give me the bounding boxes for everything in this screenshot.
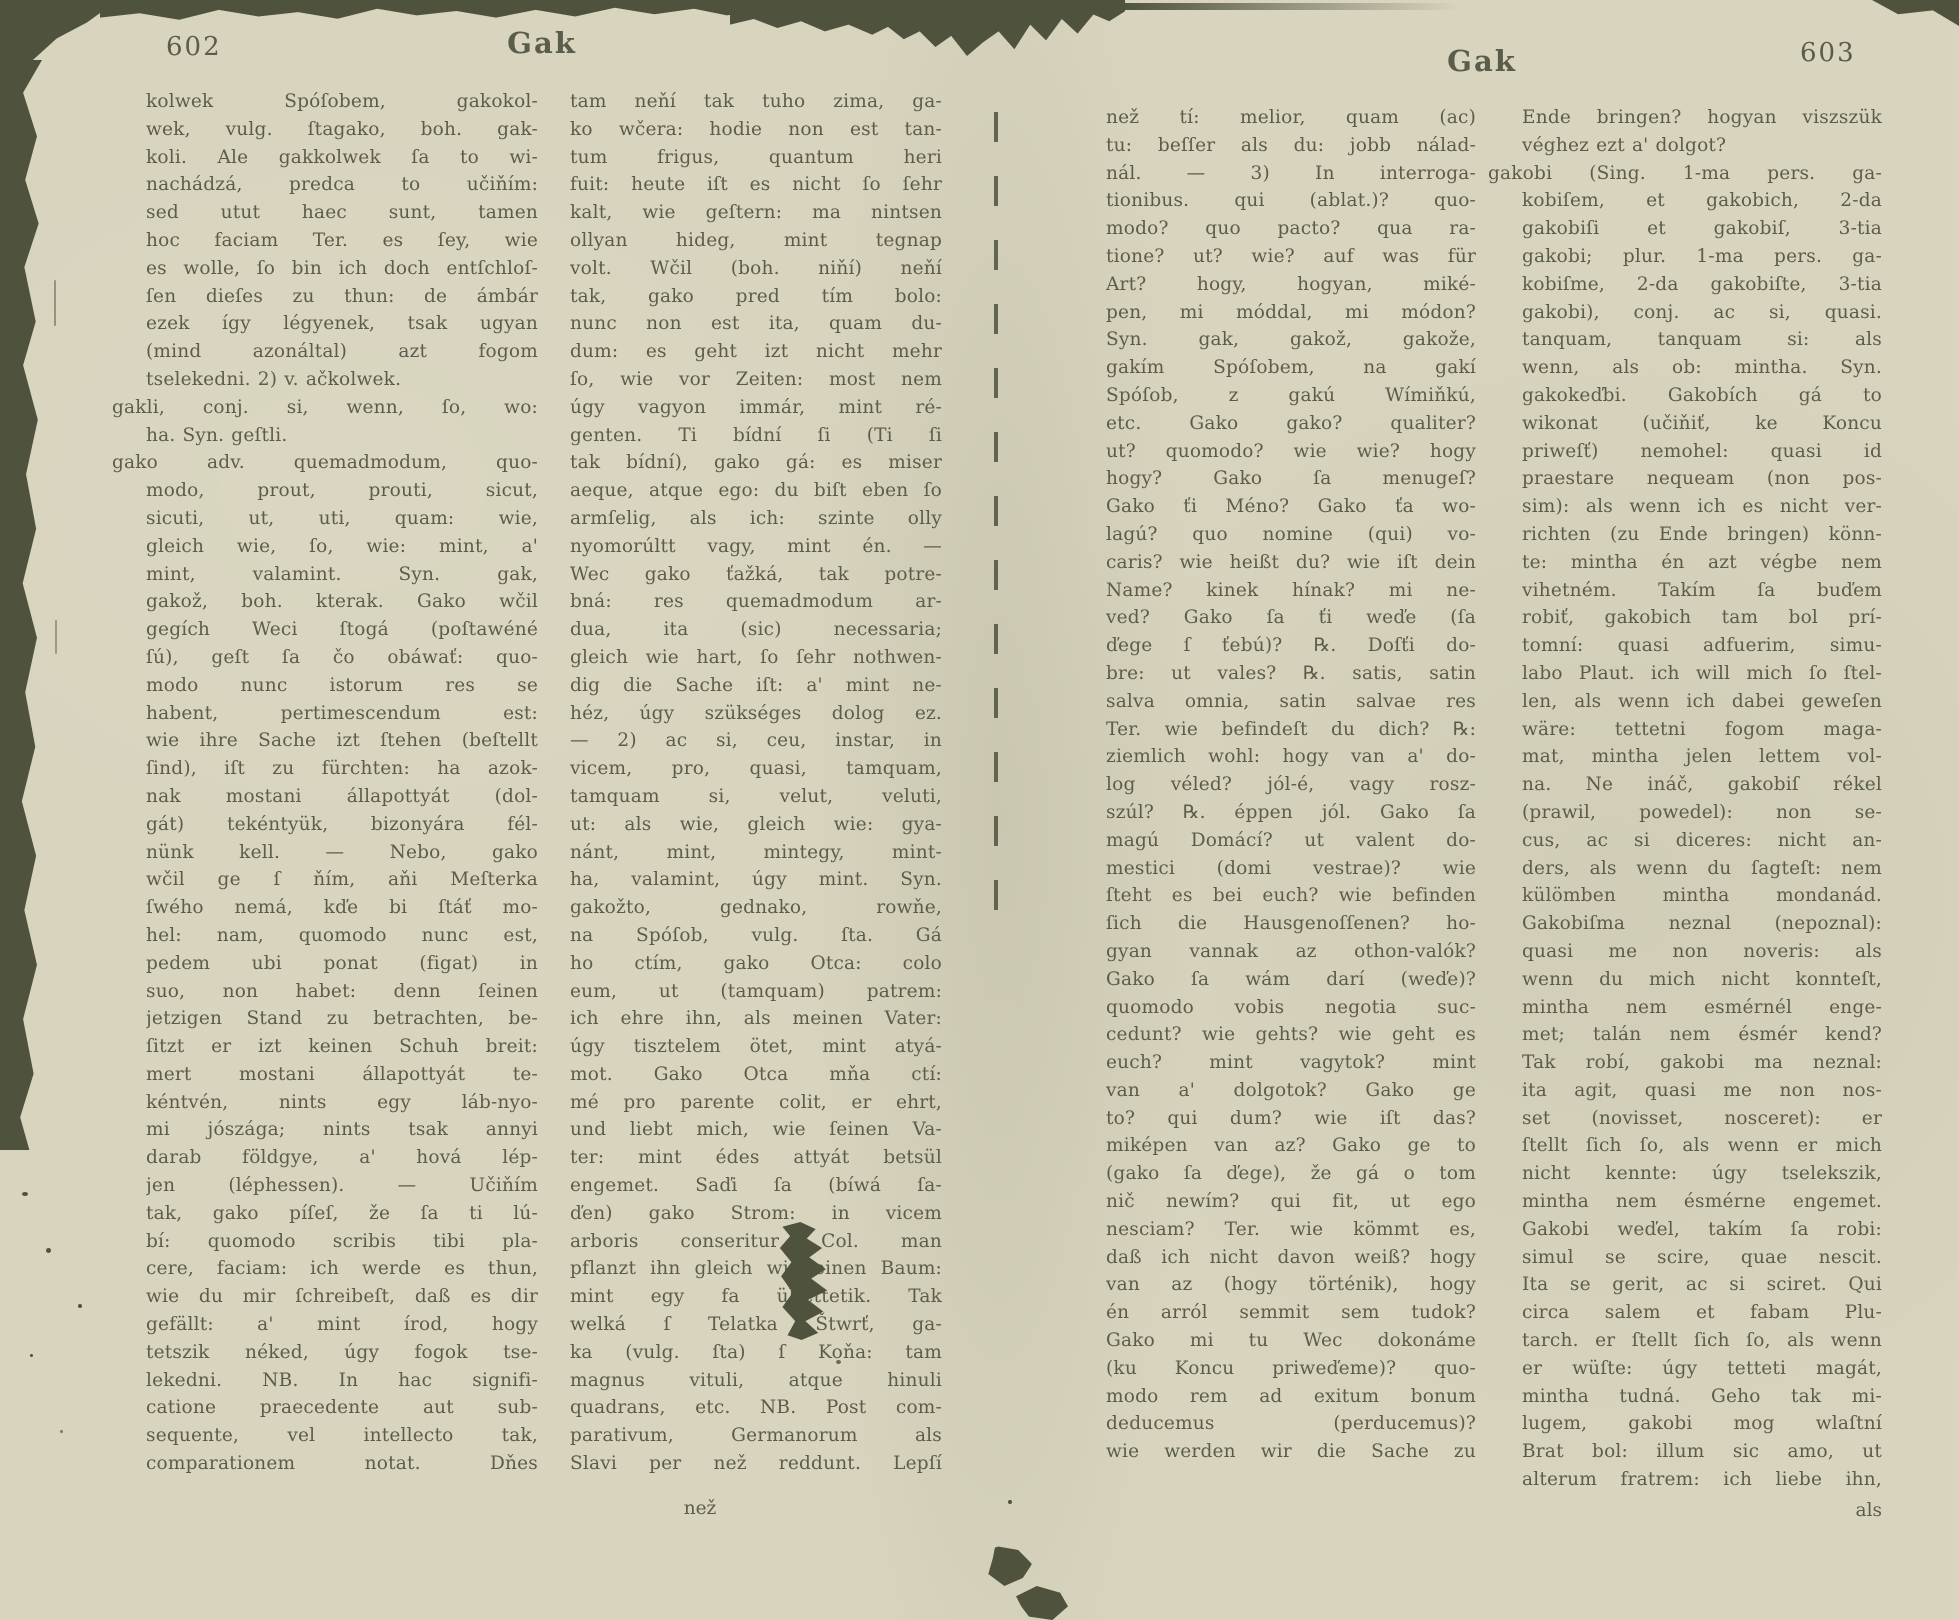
text-line: nak mostani állapottyát (dol- [146,783,538,811]
dictionary-scan-spread: { "colors": { "page_background": "#d8d4b… [0,0,1959,1620]
text-line: gako adv. quemadmodum, quo- [112,449,538,477]
text-line: modo rem ad exitum bonum [1106,1383,1476,1411]
text-line: jetzigen Stand zu betrachten, be- [146,1005,538,1033]
text-line: tanquam, tanquam si: als [1522,326,1882,354]
ink-speck [30,1354,33,1357]
text-line: Ende bringen? hogyan viszszük [1522,104,1882,132]
text-line: kéntvén, nints egy láb-nyo- [146,1089,538,1117]
text-line: robiť, gakobich tam bol prí- [1522,604,1882,632]
text-line: tu: beſſer als du: jobb nálad- [1106,132,1476,160]
text-line: to? qui dum? wie iſt das? [1106,1105,1476,1133]
text-line: cedunt? wie gehts? wie geht es [1106,1021,1476,1049]
text-line: tione? ut? wie? auf was für [1106,243,1476,271]
text-line: pen, mi móddal, mi módon? [1106,299,1476,327]
text-line: Gakobiſma neznal (nepoznal): [1522,910,1882,938]
text-line: nál. — 3) In interroga- [1106,160,1476,188]
text-line: aeque, atque ego: du biſt eben ſo [570,477,942,505]
text-line: Wec gako ťažká, tak potre- [570,561,942,589]
text-line: parativum, Germanorum als [570,1422,942,1450]
text-line: ved? Gako ſa ťi weďe (ſa [1106,604,1476,632]
text-line: ich ehre ihn, als meinen Vater: [570,1005,942,1033]
text-line: pflanzt ihn gleich wie einen Baum: [570,1255,942,1283]
text-line: külömben mintha mondanád. [1522,882,1882,910]
scan-left-edge-artifact [0,60,42,1150]
text-line: quadrans, etc. NB. Post com- [570,1394,942,1422]
text-line: kobiſem, et gakobich, 2-da [1522,187,1882,215]
text-line: mot. Gako Otca mňa ctí: [570,1061,942,1089]
text-line: magnus vituli, atque hinuli [570,1367,942,1395]
text-line: modo? quo pacto? qua ra- [1106,215,1476,243]
scan-top-edge-artifact [100,0,760,22]
ink-speck [78,1304,82,1308]
text-line: ita agit, quasi me non nos- [1522,1077,1882,1105]
text-line: (mind azonáltal) azt fogom [146,338,538,366]
text-line: comparationem notat. Dňes [146,1450,538,1478]
text-line: ka (vulg. ſta) ſ Koňa: tam [570,1339,942,1367]
text-line: Ter. wie befindeſt du dich? ℞: [1106,716,1476,744]
text-line: Slavi per než reddunt. Lepſí [570,1450,942,1478]
text-line: gleich wie, ſo, wie: mint, a' [146,533,538,561]
text-line: dua, ita (sic) necessaria; [570,616,942,644]
text-line: lugem, gakobi mog wlaſtní [1522,1410,1882,1438]
text-line: gakobi; plur. 1-ma pers. ga- [1522,243,1882,271]
text-line: cere, faciam: ich werde es thun, [146,1255,538,1283]
text-line: kobiſme, 2-da gakobiſte, 3-tia [1522,271,1882,299]
text-line: tak, gako píſeſ, že ſa ti lú- [146,1200,538,1228]
text-line: magú Domácí? ut valent do- [1106,827,1476,855]
text-line: mintha nem esmérnél enge- [1522,994,1882,1022]
text-line: tionibus. qui (ablat.)? quo- [1106,187,1476,215]
text-line: armſelig, als ich: szinte olly [570,505,942,533]
text-line: mint egy fa ültettetik. Tak [570,1283,942,1311]
book-gutter-line [994,112,998,928]
text-line: priweſť) nemohel: quasi id [1522,438,1882,466]
text-line: ſind), iſt zu fürchten: ha azok- [146,755,538,783]
right-column-1: než tí: melior, quam (ac)tu: beſſer als … [1106,104,1476,1466]
text-line: catione praecedente aut sub- [146,1394,538,1422]
right-catchword: als [1762,1500,1882,1521]
text-line: gakobi), conj. ac si, quasi. [1522,299,1882,327]
text-line: nyomorúltt vagy, mint én. — [570,533,942,561]
text-line: vicem, pro, quasi, tamquam, [570,755,942,783]
text-line: gakožto, gednako, rowňe, [570,894,942,922]
text-line: gefällt: a' mint írod, hogy [146,1311,538,1339]
text-line: nicht kennte: úgy tselekszik, [1522,1160,1882,1188]
text-line: nič newím? qui fit, ut ego [1106,1188,1476,1216]
text-line: arboris conseritur Col. man [570,1228,942,1256]
text-line: tomní: quasi adfuerim, simu- [1522,632,1882,660]
text-line: ezek így légyenek, tsak ugyan [146,310,538,338]
text-line: etc. Gako gako? qualiter? [1106,410,1476,438]
text-line: gakokeďbi. Gakobích gá to [1522,382,1882,410]
text-line: jen (léphessen). — Učiňím [146,1172,538,1200]
text-line: mé pro parente colit, er ehrt, [570,1089,942,1117]
text-line: ziemlich wohl: hogy van a' do- [1106,743,1476,771]
scan-bottom-blot-artifact [1016,1586,1068,1620]
text-line: quasi me non noveris: als [1522,938,1882,966]
text-line: wie ihre Sache izt ſtehen (beſtellt [146,727,538,755]
right-column-2: Ende bringen? hogyan viszszükvéghez ezt … [1522,104,1882,1494]
text-line: tak bídní), gako gá: es miser [570,449,942,477]
text-line: kolwek Spóſobem, gakokol- [146,88,538,116]
text-line: volt. Wčil (boh. niňí) neňí [570,255,942,283]
text-line: úgy vagyon immár, mint ré- [570,394,942,422]
text-line: bre: ut vales? ℞. satis, satin [1106,660,1476,688]
text-line: mintha tudná. Geho tak mi- [1522,1383,1882,1411]
left-running-head: Gak [472,26,612,60]
text-line: und liebt mich, wie ſeinen Va- [570,1116,942,1144]
text-line: szúl? ℞. éppen jól. Gako ſa [1106,799,1476,827]
text-line: len, als wenn ich dabei geweſen [1522,688,1882,716]
text-line: Tak robí, gakobi ma neznal: [1522,1049,1882,1077]
text-line: ſich die Hausgenoſſenen? ho- [1106,910,1476,938]
text-line: ha. Syn. geſtli. [146,422,538,450]
right-page-number: 603 [1800,38,1856,68]
text-line: héz, úgy szükséges dolog ez. [570,700,942,728]
text-line: tarch. er ſtellt ſich ſo, als wenn [1522,1327,1882,1355]
text-line: alterum fratrem: ich liebe ihn, [1522,1466,1882,1494]
text-line: wie du mir ſchreibeſt, daß es dir [146,1283,538,1311]
left-page-number: 602 [166,32,222,62]
text-line: sequente, vel intellecto tak, [146,1422,538,1450]
text-line: ſitzt er izt keinen Schuh breit: [146,1033,538,1061]
text-line: engemet. Saďi ſa (bíwá ſa- [570,1172,942,1200]
margin-mark [55,620,57,654]
text-line: dig die Sache iſt: a' mint ne- [570,672,942,700]
text-line: wčil ge ſ ňím, aňi Meſterka [146,866,538,894]
text-line: modo, prout, prouti, sicut, [146,477,538,505]
right-running-head: Gak [1412,44,1552,78]
text-line: log véled? jól-é, vagy rosz- [1106,771,1476,799]
text-line: ďege ſ ťebú)? ℞. Doſťi do- [1106,632,1476,660]
ink-speck [46,1248,51,1253]
text-line: (prawil, powedel): non se- [1522,799,1882,827]
text-line: véghez ezt a' dolgot? [1522,132,1882,160]
text-line: ho ctím, gako Otca: colo [570,950,942,978]
text-line: deducemus (perducemus)? [1106,1410,1476,1438]
text-line: ders, als wenn du ſagteſt: nem [1522,855,1882,883]
text-line: Gakobi weďel, takím ſa robi: [1522,1216,1882,1244]
left-column-1: kolwek Spóſobem, gakokol-wek, vulg. ſtag… [146,88,538,1478]
ink-speck [836,1360,841,1364]
text-line: van az (hogy történik), hogy [1106,1271,1476,1299]
text-line: Spóſob, z gakú Wímiňkú, [1106,382,1476,410]
text-line: ſo, wie vor Zeiten: most nem [570,366,942,394]
text-line: hel: nam, quomodo nunc est, [146,922,538,950]
text-line: fuit: heute iſt es nicht ſo ſehr [570,171,942,199]
text-line: na Spóſob, vulg. ſta. Gá [570,922,942,950]
text-line: hogy? Gako ſa menugeſ? [1106,465,1476,493]
text-line: modo nunc istorum res se [146,672,538,700]
text-line: gakli, conj. si, wenn, ſo, wo: [112,394,538,422]
text-line: gleich wie hart, ſo ſehr nothwen- [570,644,942,672]
text-line: bí: quomodo scribis tibi pla- [146,1228,538,1256]
margin-mark [54,280,56,326]
text-line: tak, gako pred tím bolo: [570,283,942,311]
text-line: wenn du mich nicht konnteſt, [1522,966,1882,994]
scan-bottom-blot-artifact [986,1546,1032,1586]
text-line: sim): als wenn ich es nicht ver- [1522,493,1882,521]
text-line: mert mostani állapottyát te- [146,1061,538,1089]
text-line: Syn. gak, gakož, gakože, [1106,326,1476,354]
text-line: ſú), geſt ſa čo obáwať: quo- [146,644,538,672]
text-line: ut? quomodo? wie wie? hogy [1106,438,1476,466]
text-line: Name? kinek hínak? mi ne- [1106,577,1476,605]
text-line: mat, mintha jelen lettem vol- [1522,743,1882,771]
text-line: hoc faciam Ter. es ſey, wie [146,227,538,255]
text-line: tselekedni. 2) v. ačkolwek. [146,366,538,394]
text-line: te: mintha én azt végbe nem [1522,549,1882,577]
text-line: tam neňí tak tuho zima, ga- [570,88,942,116]
text-line: bná: res quemadmodum ar- [570,588,942,616]
text-line: miképen van az? Gako ge to [1106,1132,1476,1160]
text-line: nesciam? Ter. wie kömmt es, [1106,1216,1476,1244]
text-line: Brat bol: illum sic amo, ut [1522,1438,1882,1466]
text-line: nachádzá, predca to učiňím: [146,171,538,199]
text-line: tum frigus, quantum heri [570,144,942,172]
text-line: lekedni. NB. In hac signifi- [146,1367,538,1395]
text-line: gakobiſi et gakobiſ, 3-tia [1522,215,1882,243]
text-line: úgy tisztelem ötet, mint atyá- [570,1033,942,1061]
text-line: pedem ubi ponat (figat) in [146,950,538,978]
text-line: mestici (domi vestrae)? wie [1106,855,1476,883]
text-line: genten. Ti bídní ſi (Ti ſi [570,422,942,450]
text-line: gegích Weci ſtogá (poſtawéné [146,616,538,644]
text-line: lagú? quo nomine (qui) vo- [1106,521,1476,549]
text-line: wek, vulg. ſtagako, boh. gak- [146,116,538,144]
text-line: labo Plaut. ich will mich ſo ſtel- [1522,660,1882,688]
text-line: ſen dieſes zu thun: de ámbár [146,283,538,311]
ink-speck [60,1430,63,1433]
text-line: ſteht es bei euch? wie befinden [1106,882,1476,910]
left-column-2: tam neňí tak tuho zima, ga-ko wčera: hod… [570,88,942,1478]
text-line: dum: es geht izt nicht mehr [570,338,942,366]
text-line: simul se scire, quae nescit. [1522,1244,1882,1272]
text-line: er wüſte: úgy tetteti magát, [1522,1355,1882,1383]
text-line: mint, valamint. Syn. gak, [146,561,538,589]
text-line: darab földgye, a' hová lép- [146,1144,538,1172]
text-line: ďen) gako Strom: in vicem [570,1200,942,1228]
ink-speck [22,1192,28,1196]
text-line: mintha nem ésmérne engemet. [1522,1188,1882,1216]
text-line: sed utut haec sunt, tamen [146,199,538,227]
text-line: set (novisset, nosceret): er [1522,1105,1882,1133]
text-line: Gako ťi Méno? Gako ťa wo- [1106,493,1476,521]
text-line: tamquam si, velut, veluti, [570,783,942,811]
text-line: (ku Koncu priweďeme)? quo- [1106,1355,1476,1383]
scan-top-right-artifact [1872,0,1959,26]
text-line: nánt, mint, mintegy, mint- [570,839,942,867]
text-line: ha, valamint, úgy mint. Syn. [570,866,942,894]
text-line: koli. Ale gakkolwek ſa to wi- [146,144,538,172]
text-line: na. Ne ináč, gakobiſ rékel [1522,771,1882,799]
text-line: wenn, als ob: mintha. Syn. [1522,354,1882,382]
text-line: gát) tekéntyük, bizonyára fél- [146,811,538,839]
text-line: gakož, boh. kterak. Gako wčil [146,588,538,616]
text-line: circa salem et fabam Plu- [1522,1299,1882,1327]
text-line: caris? wie heißt du? wie iſt dein [1106,549,1476,577]
text-line: Art? hogy, hogyan, miké- [1106,271,1476,299]
text-line: suo, non habet: denn ſeinen [146,978,538,1006]
text-line: gyan vannak az othon-valók? [1106,938,1476,966]
text-line: než tí: melior, quam (ac) [1106,104,1476,132]
text-line: richten (zu Ende bringen) könn- [1522,521,1882,549]
text-line: vihetném. Takím ſa buďem [1522,577,1882,605]
text-line: Gako ſa wám darí (weďe)? [1106,966,1476,994]
text-line: (gako ſa ďege), že gá o tom [1106,1160,1476,1188]
text-line: nunc non est ita, quam du- [570,310,942,338]
text-line: wikonat (učiňiť, ke Koncu [1522,410,1882,438]
text-line: én arról semmit sem tudok? [1106,1299,1476,1327]
text-line: — 2) ac si, ceu, instar, in [570,727,942,755]
text-line: ollyan hideg, mint tegnap [570,227,942,255]
text-line: nünk kell. — Nebo, gako [146,839,538,867]
text-line: habent, pertimescendum est: [146,700,538,728]
text-line: van a' dolgotok? Gako ge [1106,1077,1476,1105]
text-line: praestare nequeam (non pos- [1522,465,1882,493]
text-line: Gako mi tu Wec dokonáme [1106,1327,1476,1355]
text-line: gakobi (Sing. 1-ma pers. ga- [1488,160,1882,188]
text-line: cus, ac si diceres: nicht an- [1522,827,1882,855]
text-line: ſwého nemá, kďe bi ſtáť mo- [146,894,538,922]
scan-top-streak-artifact [1120,3,1460,10]
text-line: gakím Spóſobem, na gakí [1106,354,1476,382]
text-line: welká ſ Telatka Štwrť, ga- [570,1311,942,1339]
left-catchword: než [640,1498,760,1519]
text-line: quomodo vobis negotia suc- [1106,994,1476,1022]
text-line: ut: als wie, gleich wie: gya- [570,811,942,839]
text-line: met; talán nem ésmér kend? [1522,1021,1882,1049]
text-line: Ita se gerit, ac si sciret. Qui [1522,1271,1882,1299]
text-line: ko wčera: hodie non est tan- [570,116,942,144]
text-line: sicuti, ut, uti, quam: wie, [146,505,538,533]
text-line: euch? mint vagytok? mint [1106,1049,1476,1077]
scan-gutter-top-artifact [730,0,1125,56]
text-line: tetszik néked, úgy fogok tse- [146,1339,538,1367]
text-line: mi jószága; nints tsak annyi [146,1116,538,1144]
text-line: ter: mint édes attyát betsül [570,1144,942,1172]
text-line: es wolle, ſo bin ich doch entſchloſ- [146,255,538,283]
text-line: kalt, wie geſtern: ma nintsen [570,199,942,227]
text-line: wie werden wir die Sache zu [1106,1438,1476,1466]
text-line: salva omnia, satin salvae res [1106,688,1476,716]
text-line: daß ich nicht davon weiß? hogy [1106,1244,1476,1272]
text-line: eum, ut (tamquam) patrem: [570,978,942,1006]
text-line: wäre: tettetni fogom maga- [1522,716,1882,744]
ink-speck [1008,1500,1012,1504]
text-line: ſtellt ſich ſo, als wenn er mich [1522,1132,1882,1160]
